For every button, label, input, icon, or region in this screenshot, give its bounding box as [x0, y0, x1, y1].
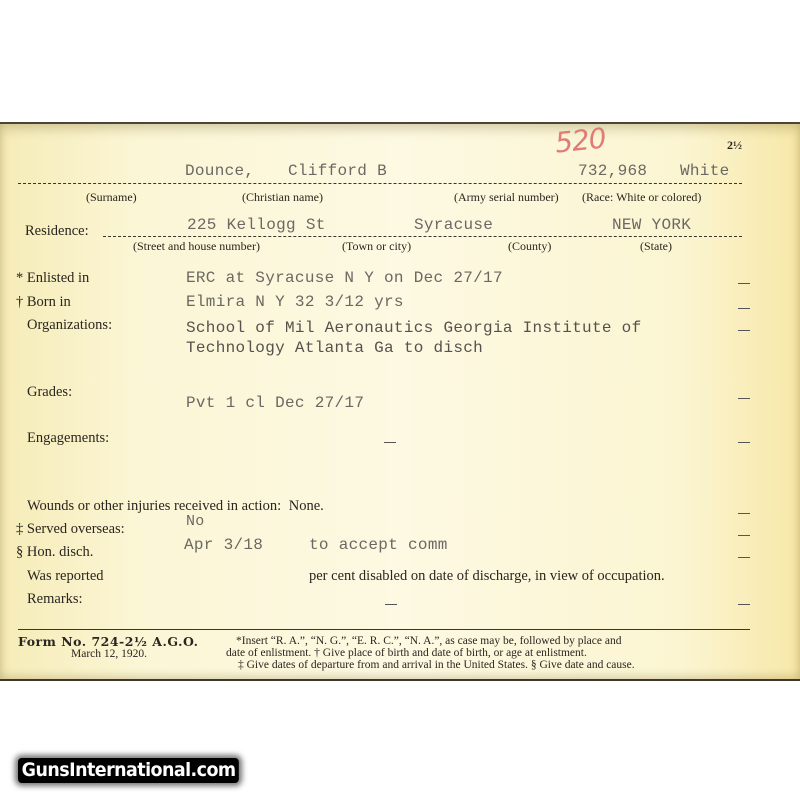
wounds-label-text: Wounds or other injuries received in act… [27, 498, 281, 514]
residence-line-rule [103, 236, 742, 237]
was-reported-label: Was reported [27, 568, 104, 585]
engagements-label: Engagements: [27, 430, 109, 447]
hon-disch-date: Apr 3/18 [184, 536, 263, 554]
form-number: Form No. 724-2½ A.G.O. [18, 634, 198, 649]
county-label: (County) [508, 239, 551, 254]
enlisted-check-mark [738, 283, 750, 284]
born-label: † Born in [16, 294, 71, 311]
street-value: 225 Kellogg St [187, 216, 326, 234]
grades-value: Pvt 1 cl Dec 27/17 [186, 394, 364, 412]
hon-disch-check-mark [738, 557, 750, 558]
christian-name-value: Clifford B [288, 162, 387, 180]
residence-label: Residence: [25, 223, 89, 240]
footer-rule [18, 629, 750, 630]
organizations-label: Organizations: [27, 317, 112, 334]
serial-number-value: 732,968 [578, 162, 647, 180]
red-pencil-annotation: 520 [553, 121, 607, 159]
served-overseas-value: No [186, 513, 205, 530]
engagements-check-mark [738, 442, 750, 443]
engagements-blank-mark [384, 442, 396, 443]
name-line-rule [18, 183, 742, 184]
wounds-value: None. [289, 498, 324, 514]
race-label: (Race: White or colored) [582, 190, 701, 205]
corner-mark: 2½ [727, 138, 742, 153]
footnote-line-2: date of enlistment. † Give place of birt… [226, 647, 587, 660]
state-value: NEW YORK [612, 216, 691, 234]
wounds-label: Wounds or other injuries received in act… [27, 498, 324, 515]
gunsinternational-watermark-logo: GunsInternational.com [18, 758, 239, 783]
organizations-check-mark [738, 330, 750, 331]
wounds-check-mark [738, 513, 750, 514]
grades-label: Grades: [27, 384, 72, 401]
enlisted-value: ERC at Syracuse N Y on Dec 27/17 [186, 269, 503, 287]
born-value: Elmira N Y 32 3/12 yrs [186, 293, 404, 311]
was-reported-suffix: per cent disabled on date of discharge, … [309, 568, 665, 585]
town-label: (Town or city) [342, 239, 411, 254]
hon-disch-cause: to accept comm [309, 536, 448, 554]
remarks-blank-mark [385, 604, 397, 605]
enlisted-label: * Enlisted in [16, 270, 89, 287]
christian-name-label: (Christian name) [242, 190, 323, 205]
served-overseas-check-mark [738, 535, 750, 536]
born-check-mark [738, 308, 750, 309]
footnote-line-3: ‡ Give dates of departure from and arriv… [238, 659, 635, 672]
remarks-label: Remarks: [27, 591, 83, 608]
surname-label: (Surname) [86, 190, 137, 205]
serial-number-label: (Army serial number) [454, 190, 559, 205]
remarks-check-mark [738, 604, 750, 605]
hon-disch-label: § Hon. disch. [16, 544, 93, 561]
organizations-value-line2: Technology Atlanta Ga to disch [186, 339, 483, 357]
grades-check-mark [738, 398, 750, 399]
footnote-line-1: *Insert “R. A.”, “N. G.”, “E. R. C.”, “N… [236, 635, 621, 648]
town-value: Syracuse [414, 216, 493, 234]
organizations-value-line1: School of Mil Aeronautics Georgia Instit… [186, 319, 641, 337]
form-date: March 12, 1920. [71, 648, 147, 661]
street-label: (Street and house number) [133, 239, 260, 254]
state-label: (State) [640, 239, 672, 254]
served-overseas-label: ‡ Served overseas: [16, 521, 125, 538]
race-value: White [680, 162, 730, 180]
service-record-card: 520 2½ Dounce, Clifford B 732,968 White … [0, 122, 800, 681]
surname-value: Dounce, [185, 162, 254, 180]
